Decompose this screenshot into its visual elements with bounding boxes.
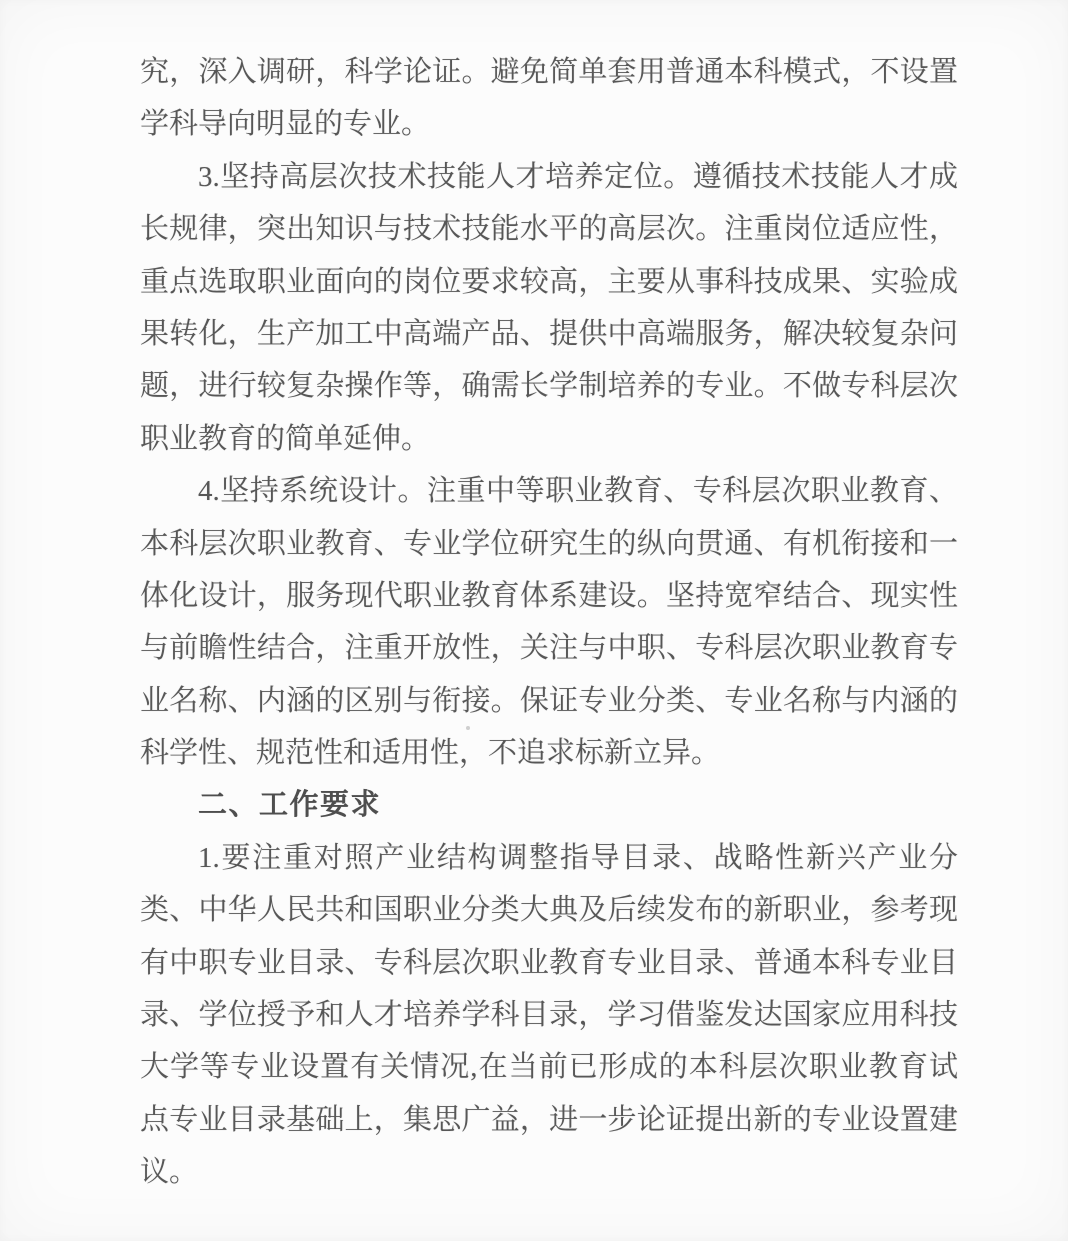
text-line: 与前瞻性结合，注重开放性，关注与中职、专科层次职业教育专: [140, 622, 958, 674]
text-line: 4.坚持系统设计。注重中等职业教育、专科层次职业教育、: [140, 465, 958, 517]
text-line: 1.要注重对照产业结构调整指导目录、战略性新兴产业分: [140, 832, 958, 884]
text-line: 有中职专业目录、专科层次职业教育专业目录、普通本科专业目: [140, 937, 958, 989]
text-line: 录、学位授予和人才培养学科目录，学习借鉴发达国家应用科技: [140, 989, 958, 1041]
scan-speckle: [466, 726, 470, 730]
text-line: 学科导向明显的专业。: [140, 98, 958, 150]
text-line: 业名称、内涵的区别与衔接。保证专业分类、专业名称与内涵的: [140, 675, 958, 727]
text-line: 3.坚持高层次技术技能人才培养定位。遵循技术技能人才成: [140, 151, 958, 203]
text-line: 议。: [140, 1146, 958, 1198]
document-text-block: 究，深入调研，科学论证。避免简单套用普通本科模式，不设置学科导向明显的专业。3.…: [140, 46, 958, 1199]
scanned-document-page: 究，深入调研，科学论证。避免简单套用普通本科模式，不设置学科导向明显的专业。3.…: [0, 0, 1068, 1241]
text-line: 类、中华人民共和国职业分类大典及后续发布的新职业，参考现: [140, 884, 958, 936]
text-line: 科学性、规范性和适用性，不追求标新立异。: [140, 727, 958, 779]
text-line: 题，进行较复杂操作等，确需长学制培养的专业。不做专科层次: [140, 360, 958, 412]
section-heading: 二、工作要求: [140, 779, 958, 831]
text-line: 究，深入调研，科学论证。避免简单套用普通本科模式，不设置: [140, 46, 958, 98]
text-line: 大学等专业设置有关情况,在当前已形成的本科层次职业教育试: [140, 1041, 958, 1093]
text-line: 果转化，生产加工中高端产品、提供中高端服务，解决较复杂问: [140, 308, 958, 360]
text-line: 体化设计，服务现代职业教育体系建设。坚持宽窄结合、现实性: [140, 570, 958, 622]
text-line: 点专业目录基础上，集思广益，进一步论证提出新的专业设置建: [140, 1094, 958, 1146]
text-line: 重点选取职业面向的岗位要求较高，主要从事科技成果、实验成: [140, 256, 958, 308]
text-line: 本科层次职业教育、专业学位研究生的纵向贯通、有机衔接和一: [140, 518, 958, 570]
text-line: 长规律，突出知识与技术技能水平的高层次。注重岗位适应性，: [140, 203, 958, 255]
text-line: 职业教育的简单延伸。: [140, 413, 958, 465]
